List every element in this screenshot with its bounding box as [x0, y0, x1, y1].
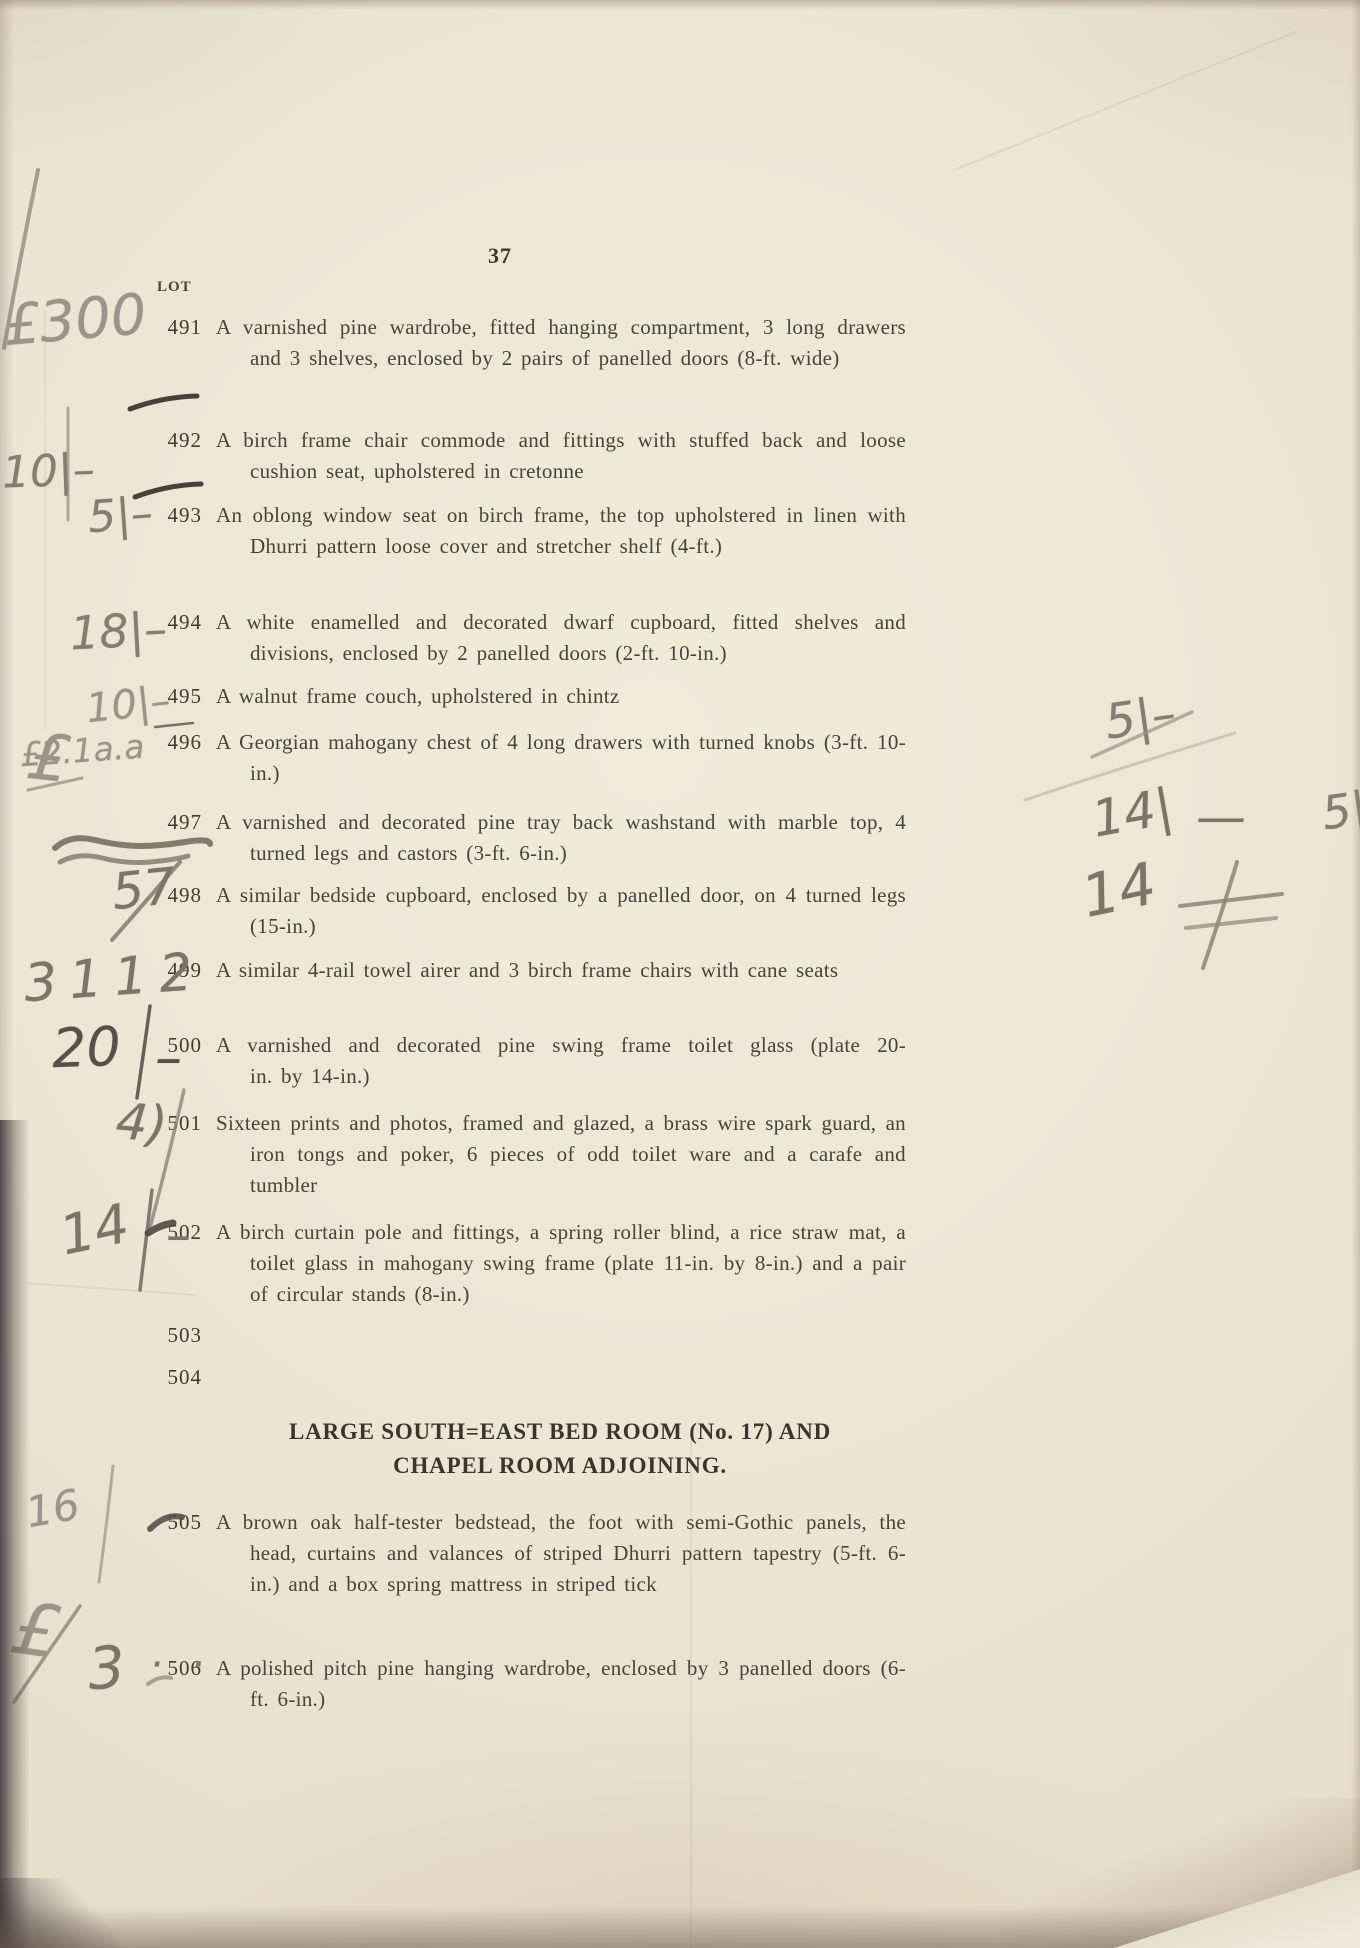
- lot-description: A similar 4-rail towel airer and 3 birch…: [216, 955, 906, 986]
- lot-number: 500: [148, 1030, 202, 1061]
- lot-entry: 506 A polished pitch pine hanging wardro…: [148, 1653, 874, 1715]
- lot-description: An oblong window seat on birch frame, th…: [216, 500, 906, 562]
- paper-edge-bottom: [0, 1906, 1360, 1948]
- lot-number: 504: [148, 1362, 202, 1393]
- lot-entry: 499 A similar 4-rail towel airer and 3 b…: [148, 955, 874, 986]
- lot-number: 506: [148, 1653, 202, 1684]
- section-heading-line2: CHAPEL ROOM ADJOINING.: [235, 1449, 885, 1483]
- lot-entry: 494 A white enamelled and decorated dwar…: [148, 607, 874, 669]
- lot-description: A birch frame chair commode and fittings…: [216, 425, 906, 487]
- lot-number: 496: [148, 727, 202, 758]
- lot-description: A walnut frame couch, upholstered in chi…: [216, 681, 906, 712]
- paper-crease: [953, 31, 1297, 171]
- lot-description: A varnished pine wardrobe, fitted hangin…: [216, 312, 906, 374]
- lot-description: A varnished and decorated pine tray back…: [216, 807, 906, 869]
- handwritten-annotation: 14: [1076, 849, 1162, 931]
- handwritten-annotation: 5|–: [1101, 685, 1179, 750]
- lot-number: 499: [148, 955, 202, 986]
- lot-entry: 491 A varnished pine wardrobe, fitted ha…: [148, 312, 874, 374]
- lot-description: Sixteen prints and photos, framed and gl…: [216, 1108, 906, 1201]
- paper-edge-right: [1351, 0, 1360, 1948]
- paper-crease: [44, 310, 46, 730]
- handwritten-annotation: £: [24, 720, 72, 798]
- handwritten-annotation: 10|–: [1, 444, 96, 498]
- lot-description: A Georgian mahogany chest of 4 long draw…: [216, 727, 906, 789]
- paper-corner-bottom-left: [0, 1878, 120, 1948]
- lot-entry: 497 A varnished and decorated pine tray …: [148, 807, 874, 869]
- handwritten-annotation: 5|–: [86, 488, 154, 543]
- paper-corner-curl-shadow: [1000, 1798, 1360, 1948]
- section-heading: LARGE SOUTH=EAST BED ROOM (No. 17) AND C…: [235, 1415, 885, 1483]
- handwritten-annotation: 16: [22, 1480, 83, 1538]
- lot-number: 493: [148, 500, 202, 531]
- lot-description: A white enamelled and decorated dwarf cu…: [216, 607, 906, 669]
- lot-number: 505: [148, 1507, 202, 1538]
- lot-entry: 498 A similar bedside cupboard, enclosed…: [148, 880, 874, 942]
- lot-number: 491: [148, 312, 202, 343]
- paper-edge-left-dark: [0, 1120, 30, 1948]
- handwritten-annotation: 20: [51, 1015, 122, 1080]
- lot-number: 494: [148, 607, 202, 638]
- lot-entry: 502 A birch curtain pole and fittings, a…: [148, 1217, 874, 1310]
- lot-number: 492: [148, 425, 202, 456]
- lot-column-header: LOT: [157, 279, 192, 296]
- lot-description: A similar bedside cupboard, enclosed by …: [216, 880, 906, 942]
- paper-edge-left: [0, 0, 14, 1948]
- lot-entry: 505 A brown oak half-tester bedstead, th…: [148, 1507, 874, 1600]
- lot-entry: 501 Sixteen prints and photos, framed an…: [148, 1108, 874, 1201]
- lot-entry: 493 An oblong window seat on birch frame…: [148, 500, 874, 562]
- lot-number: 503: [148, 1320, 202, 1351]
- lot-number: 495: [148, 681, 202, 712]
- handwritten-annotation: £2.1a.a: [19, 727, 146, 775]
- auction-catalogue-page: 37 LOT 491 A varnished pine wardrobe, fi…: [0, 0, 1360, 1948]
- lot-number: 497: [148, 807, 202, 838]
- section-heading-line1: LARGE SOUTH=EAST BED ROOM (No. 17) AND: [235, 1415, 885, 1449]
- lot-description: A varnished and decorated pine swing fra…: [216, 1030, 906, 1092]
- handwritten-annotation: 14|: [1088, 777, 1177, 848]
- handwritten-annotation: 5|–: [1319, 778, 1360, 841]
- lot-description: A brown oak half-tester bedstead, the fo…: [216, 1507, 906, 1600]
- lot-number: 498: [148, 880, 202, 911]
- page-number: 37: [470, 243, 530, 269]
- handwritten-annotation: £: [6, 1585, 63, 1675]
- lot-entry: 492 A birch frame chair commode and fitt…: [148, 425, 874, 487]
- lot-entry: 496 A Georgian mahogany chest of 4 long …: [148, 727, 874, 789]
- paper-corner-curl: [1060, 1852, 1360, 1948]
- handwritten-annotation: —: [1196, 788, 1246, 846]
- lot-number: 502: [148, 1217, 202, 1248]
- handwritten-annotation: 14: [54, 1192, 134, 1268]
- lot-description: A polished pitch pine hanging wardrobe, …: [216, 1653, 906, 1715]
- lot-description: A birch curtain pole and fittings, a spr…: [216, 1217, 906, 1310]
- lot-number: 501: [148, 1108, 202, 1139]
- handwritten-annotation: 3: [86, 1633, 128, 1703]
- lot-entry: 495 A walnut frame couch, upholstered in…: [148, 681, 874, 712]
- paper-edge-top: [0, 0, 1360, 10]
- handwritten-annotation: £300: [1, 282, 149, 359]
- lot-entry: 500 A varnished and decorated pine swing…: [148, 1030, 874, 1092]
